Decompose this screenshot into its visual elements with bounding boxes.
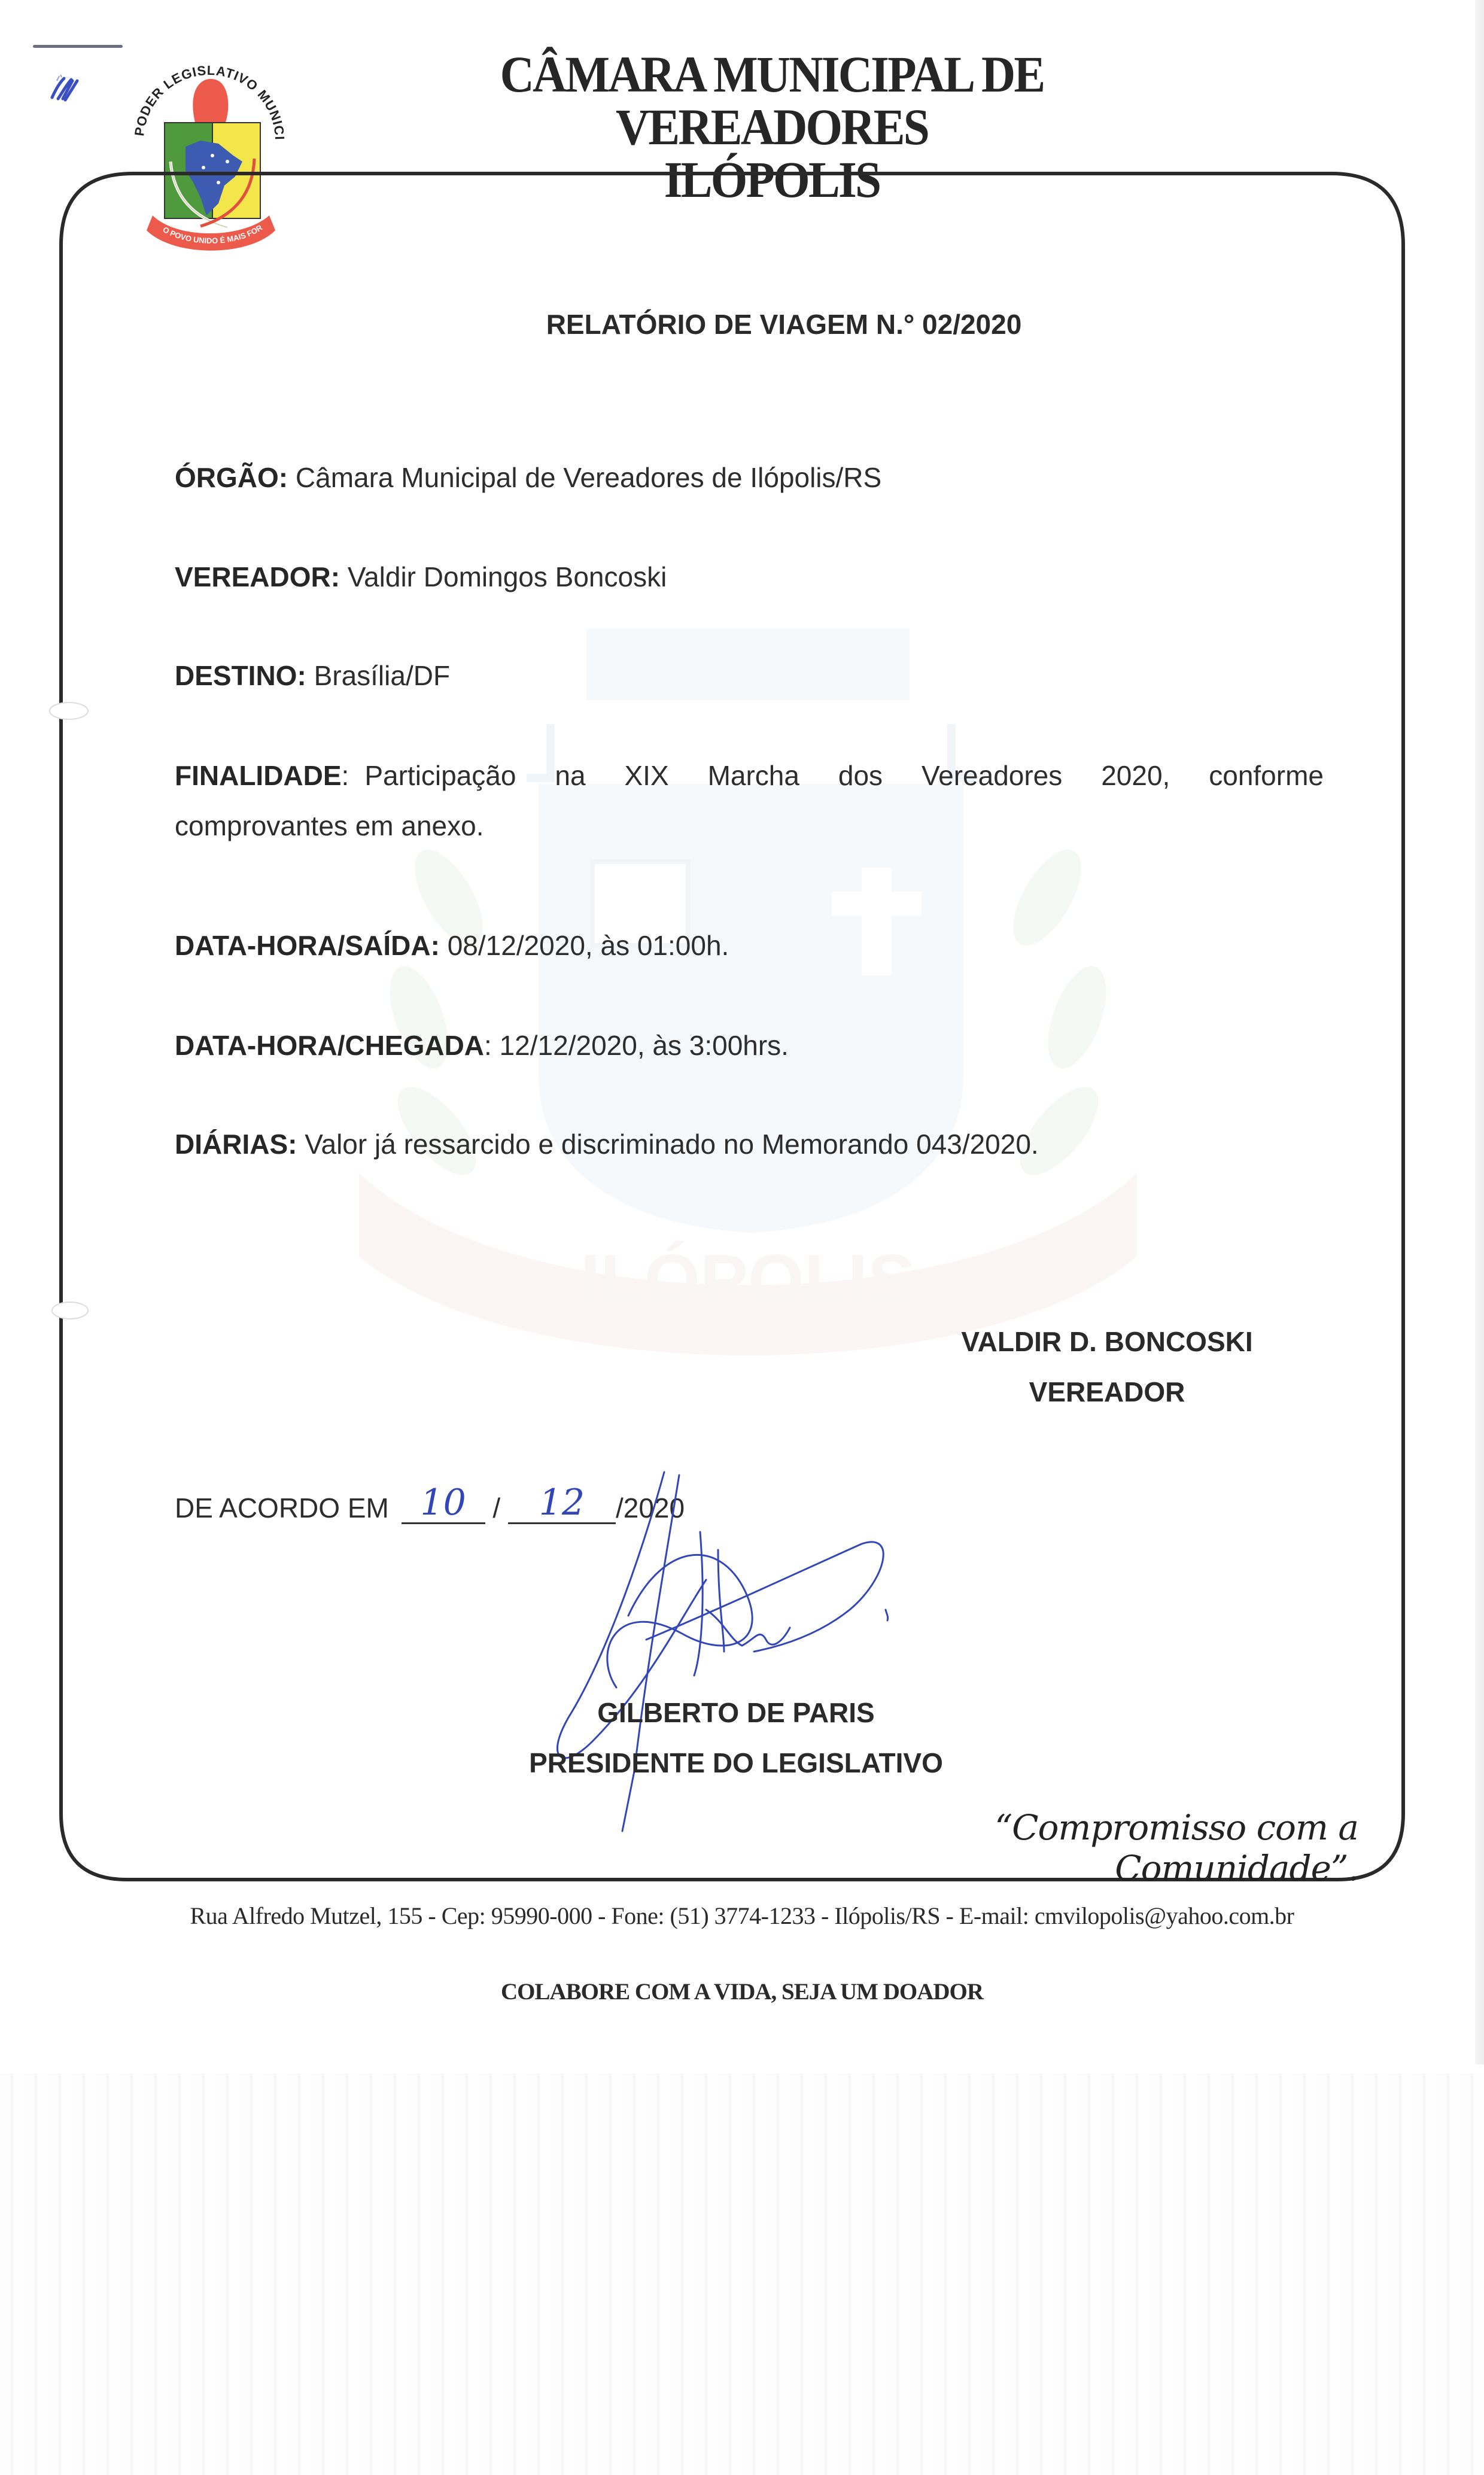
punch-hole-bottom: [52, 1302, 88, 1319]
field-destino: DESTINO: Brasília/DF: [175, 650, 1324, 701]
approval-day-handwritten: 10: [402, 1482, 485, 1524]
president-name: GILBERTO DE PARIS: [497, 1688, 975, 1738]
legislative-crest-logo: PODER LEGISLATIVO MUNICIPAL O POVO UNIDO…: [129, 36, 290, 263]
footer-slogan: COLABORE COM A VIDA, SEJA UM DOADOR: [0, 1978, 1484, 2005]
field-vereador: VEREADOR: Valdir Domingos Boncoski: [175, 552, 1324, 602]
field-orgao: ÓRGÃO: Câmara Municipal de Vereadores de…: [175, 452, 1324, 503]
field-finalidade: FINALIDADE: Participação na XIX Marcha d…: [175, 750, 1324, 851]
field-value: Brasília/DF: [314, 660, 450, 691]
field-value: Câmara Municipal de Vereadores de Ilópol…: [296, 462, 881, 493]
field-data-hora-chegada: DATA-HORA/CHEGADA: 12/12/2020, às 3:00hr…: [175, 1020, 1324, 1071]
institution-title-line2: ILÓPOLIS: [359, 153, 1185, 206]
field-label: DIÁRIAS:: [175, 1129, 297, 1160]
field-value: 08/12/2020, às 01:00h.: [448, 930, 729, 961]
institution-title: CÂMARA MUNICIPAL DE VEREADORES ILÓPOLIS: [359, 48, 1185, 206]
president-handwritten-signature: [527, 1460, 1005, 1855]
field-label: DATA-HORA/CHEGADA: [175, 1030, 484, 1061]
councilor-role: VEREADOR: [898, 1367, 1316, 1417]
date-separator: /: [492, 1492, 500, 1524]
field-value: Valdir Domingos Boncoski: [348, 561, 667, 592]
field-data-hora-saida: DATA-HORA/SAÍDA: 08/12/2020, às 01:00h.: [175, 920, 1324, 971]
councilor-name: VALDIR D. BONCOSKI: [898, 1316, 1316, 1367]
footer-address: Rua Alfredo Mutzel, 155 - Cep: 95990-000…: [0, 1902, 1484, 1930]
punch-hole-top: [50, 703, 88, 719]
approval-day-field: 10: [402, 1490, 485, 1524]
svg-text:ILÓPOLIS: ILÓPOLIS: [580, 1240, 916, 1320]
field-value: 12/12/2020, às 3:00hrs.: [500, 1030, 789, 1061]
councilor-signature-block: VALDIR D. BONCOSKI VEREADOR: [898, 1316, 1316, 1417]
president-signature-block: GILBERTO DE PARIS PRESIDENTE DO LEGISLAT…: [497, 1688, 975, 1788]
president-role: PRESIDENTE DO LEGISLATIVO: [497, 1738, 975, 1788]
field-label: VEREADOR:: [175, 561, 340, 592]
handwritten-initials: [45, 63, 93, 105]
report-title: RELATÓRIO DE VIAGEM N.° 02/2020: [180, 308, 1388, 340]
field-label: FINALIDADE: [175, 760, 342, 791]
field-diarias: DIÁRIAS: Valor já ressarcido e discrimin…: [175, 1119, 1324, 1169]
institution-motto: “Compromisso com a Comunidade”.: [856, 1807, 1358, 1889]
field-value: Participação na XIX Marcha dos Vereadore…: [364, 750, 1324, 801]
scan-bottom-shading: [0, 2073, 1484, 2475]
field-label: DESTINO:: [175, 660, 306, 691]
field-separator: :: [484, 1030, 492, 1061]
field-value: Valor já ressarcido e discriminado no Me…: [305, 1129, 1038, 1160]
field-label: DATA-HORA/SAÍDA:: [175, 930, 440, 961]
approval-label: DE ACORDO EM: [175, 1492, 389, 1524]
field-separator: :: [342, 760, 349, 791]
scan-staple-mark: [33, 45, 123, 48]
institution-title-line1: CÂMARA MUNICIPAL DE VEREADORES: [359, 48, 1185, 153]
field-value-continued: comprovantes em anexo.: [175, 801, 1324, 851]
field-label: ÓRGÃO:: [175, 462, 288, 493]
scan-edge-shadow: [1475, 0, 1484, 2064]
